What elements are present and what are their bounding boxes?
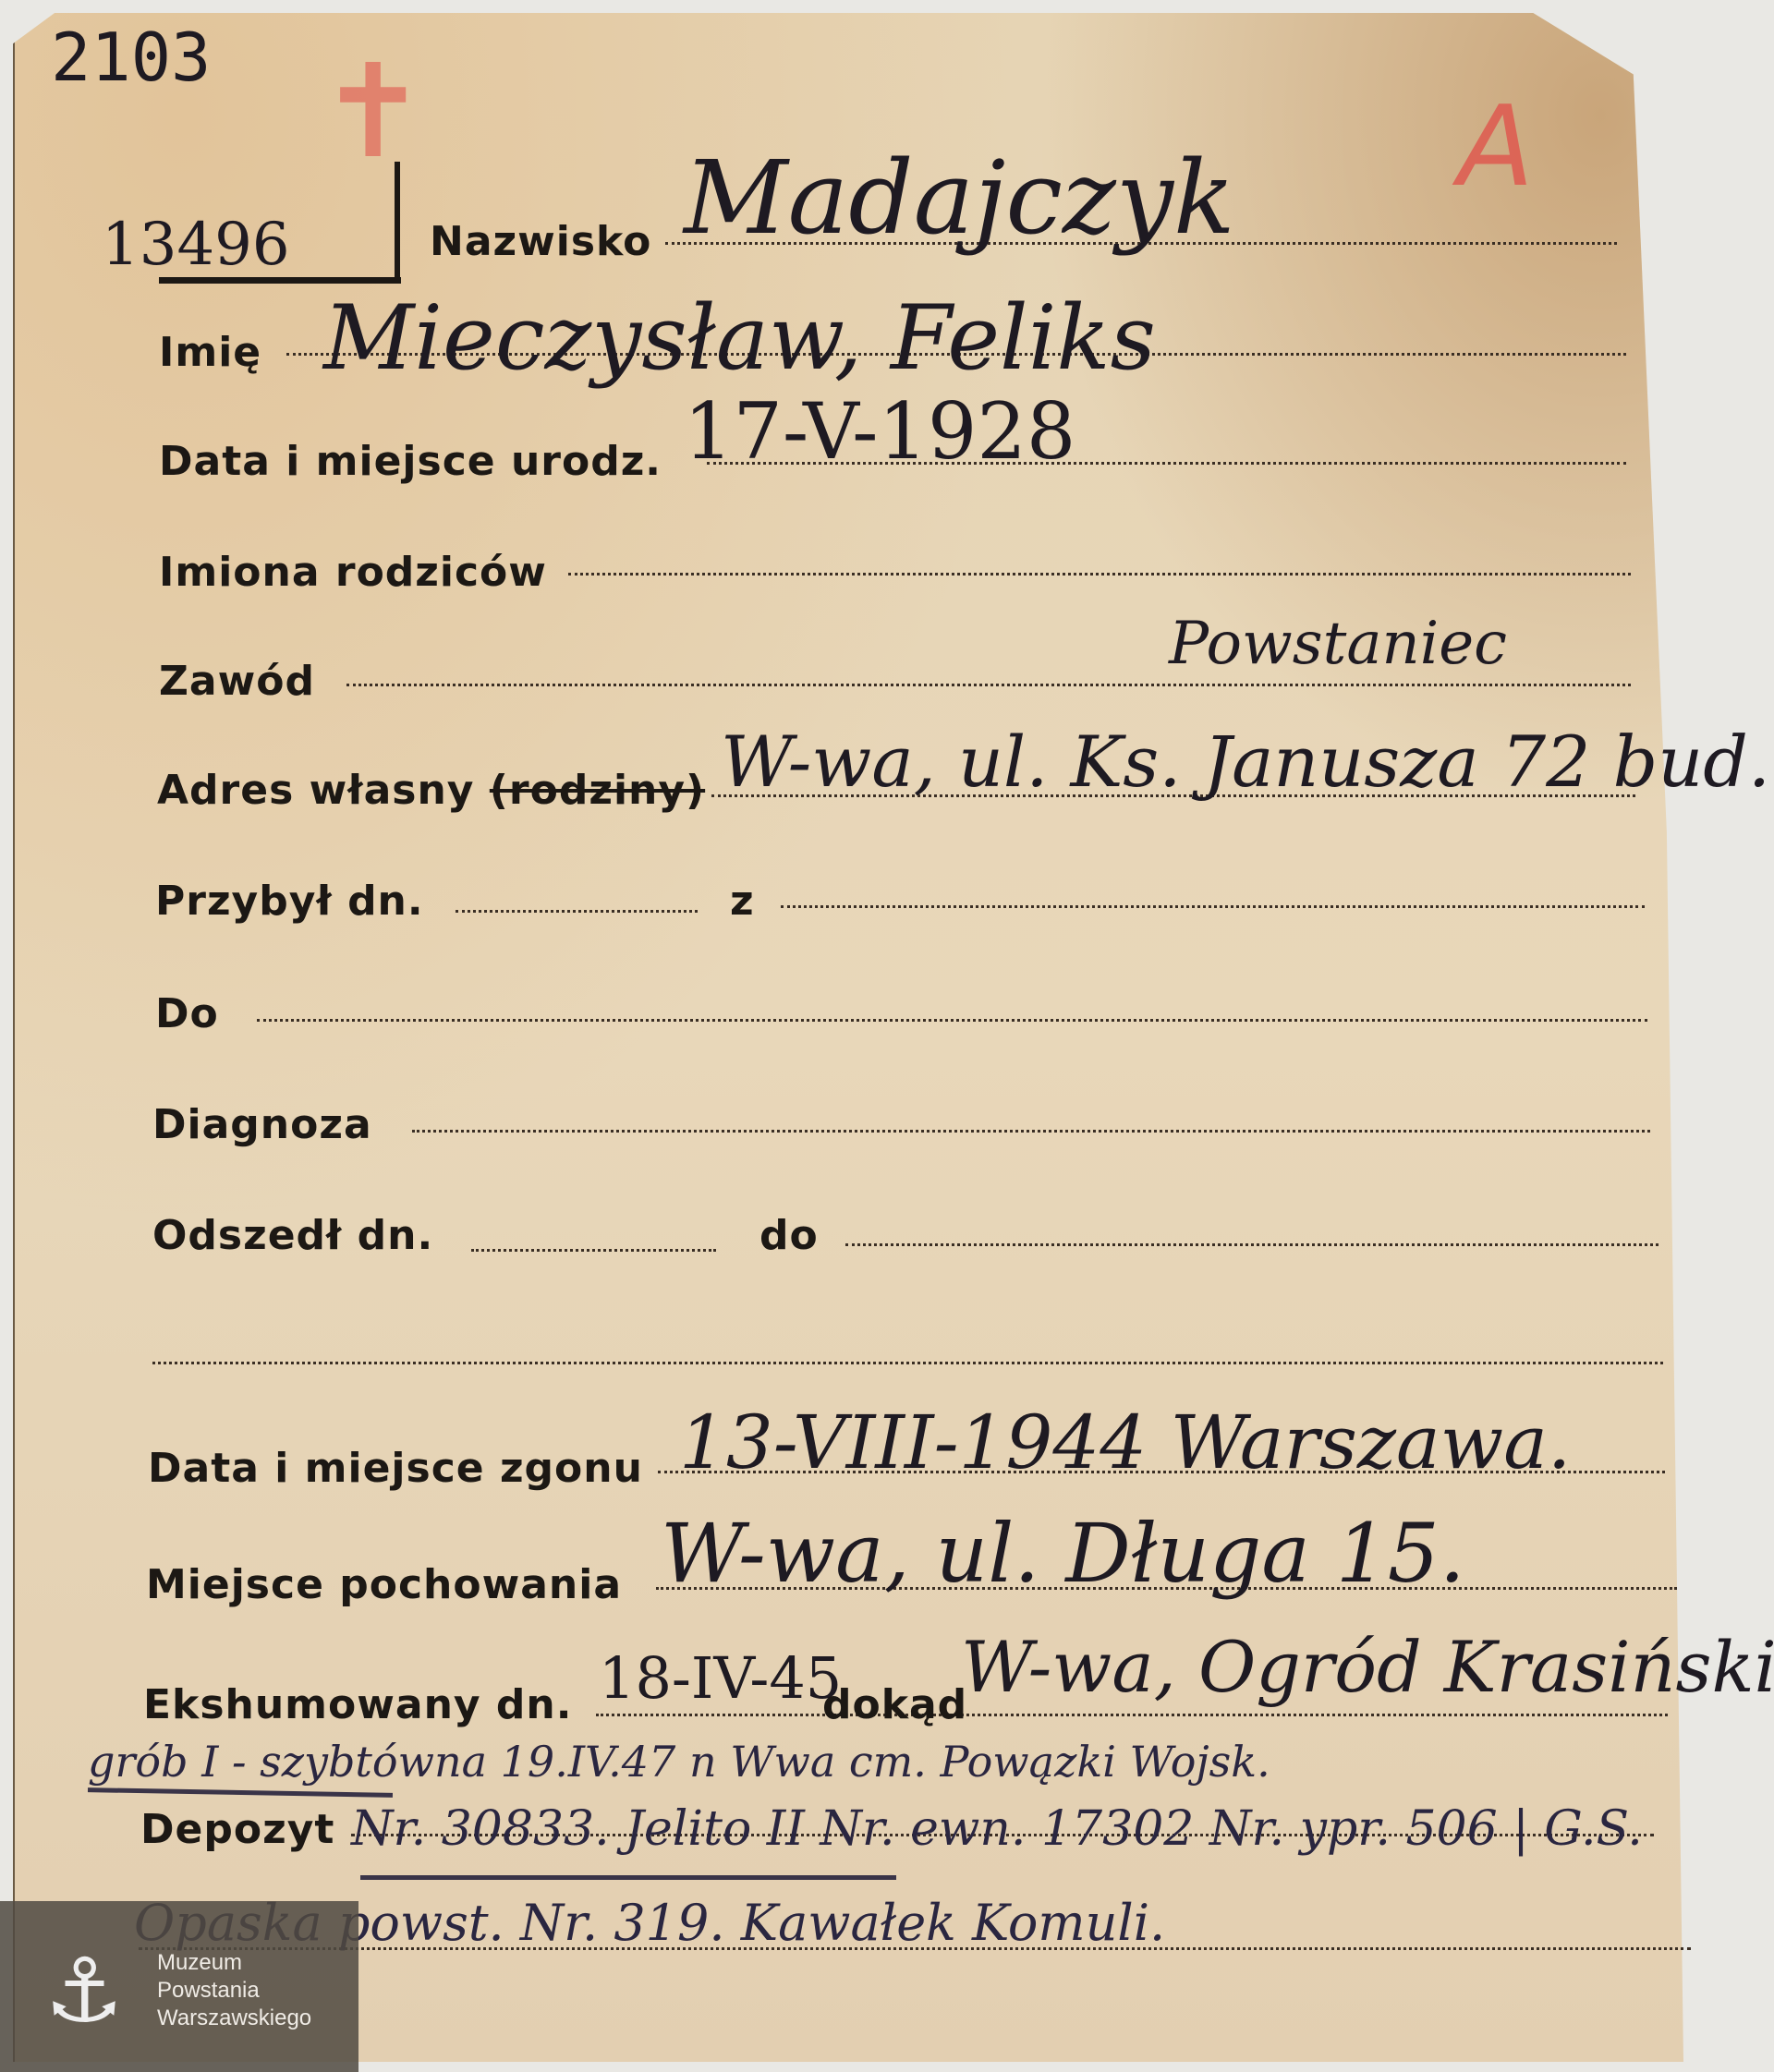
value-birth: 17-V-1928 (684, 386, 1075, 477)
label-departed: Odszedł dn. (152, 1212, 433, 1259)
red-cross-mark: ✝ (319, 37, 427, 188)
watermark-text: Muzeum Powstania Warszawskiego (157, 1949, 311, 2032)
label-address: Adres własny (rodziny) (157, 767, 705, 814)
card-number-underline (159, 277, 401, 284)
label-first-name: Imię (159, 329, 261, 376)
value-surname: Madajczyk (684, 139, 1235, 257)
value-occupation: Powstaniec (1169, 610, 1507, 678)
label-address-struck: (rodziny) (490, 767, 705, 814)
field-line-arrived-from (781, 905, 1645, 908)
value-exhumed-where: W-wa, Ogród Krasińskich (961, 1626, 1774, 1708)
value-grave-note: grób I - szybtówna 19.IV.47 n Wwa cm. Po… (88, 1737, 1270, 1787)
field-line-departed-to (845, 1243, 1659, 1246)
field-line-occupation (346, 684, 1631, 686)
label-death: Data i miejsce zgonu (148, 1445, 643, 1492)
watermark-line-1: Muzeum (157, 1949, 311, 1977)
card-number-divider (395, 162, 400, 284)
label-departed-to: do (759, 1212, 819, 1259)
field-line-arrived (456, 910, 698, 913)
label-burial: Miejsce pochowania (146, 1561, 622, 1608)
label-birth: Data i miejsce urodz. (159, 438, 662, 485)
label-diagnosis: Diagnoza (152, 1101, 372, 1148)
label-address-text: Adres własny (157, 767, 474, 814)
field-line-parents (568, 573, 1631, 576)
label-arrived: Przybył dn. (155, 878, 424, 925)
watermark-line-3: Warszawskiego (157, 2005, 311, 2032)
card-number: 13496 (102, 211, 290, 279)
label-surname: Nazwisko (430, 218, 651, 265)
label-to: Do (155, 990, 219, 1037)
label-exhumed: Ekshumowany dn. (143, 1681, 572, 1728)
label-arrived-from: z (730, 878, 755, 925)
label-exhumed-where: dokąd (822, 1681, 967, 1728)
value-address: W-wa, ul. Ks. Janusza 72 bud. 39. (721, 721, 1774, 803)
value-first-name: Mieczysław, Feliks (323, 286, 1156, 390)
field-line-blank (152, 1362, 1663, 1364)
archive-number: 2103 (51, 18, 211, 96)
value-death: 13-VIII-1944 Warszawa. (679, 1400, 1571, 1485)
label-occupation: Zawód (159, 658, 315, 705)
anchor-kotwica-icon: ⚓ (44, 1940, 137, 2042)
field-line-to (257, 1019, 1647, 1022)
label-deposit: Depozyt (140, 1806, 334, 1853)
label-parents: Imiona rodziców (159, 549, 547, 596)
value-exhumed-date: 18-IV-45 (599, 1644, 842, 1712)
field-line-exhumed (596, 1714, 1668, 1716)
watermark-line-2: Powstania (157, 1977, 311, 2005)
value-deposit: Nr. 30833. Jelito II Nr. ewn. 17302 Nr. … (351, 1801, 1643, 1857)
red-letter-mark: A (1458, 83, 1534, 212)
deposit-underline (360, 1875, 896, 1880)
field-line-diagnosis (412, 1130, 1650, 1133)
value-burial: W-wa, ul. Długa 15. (661, 1506, 1465, 1601)
field-line-departed (471, 1249, 716, 1252)
museum-watermark: ⚓ Muzeum Powstania Warszawskiego (0, 1901, 358, 2072)
